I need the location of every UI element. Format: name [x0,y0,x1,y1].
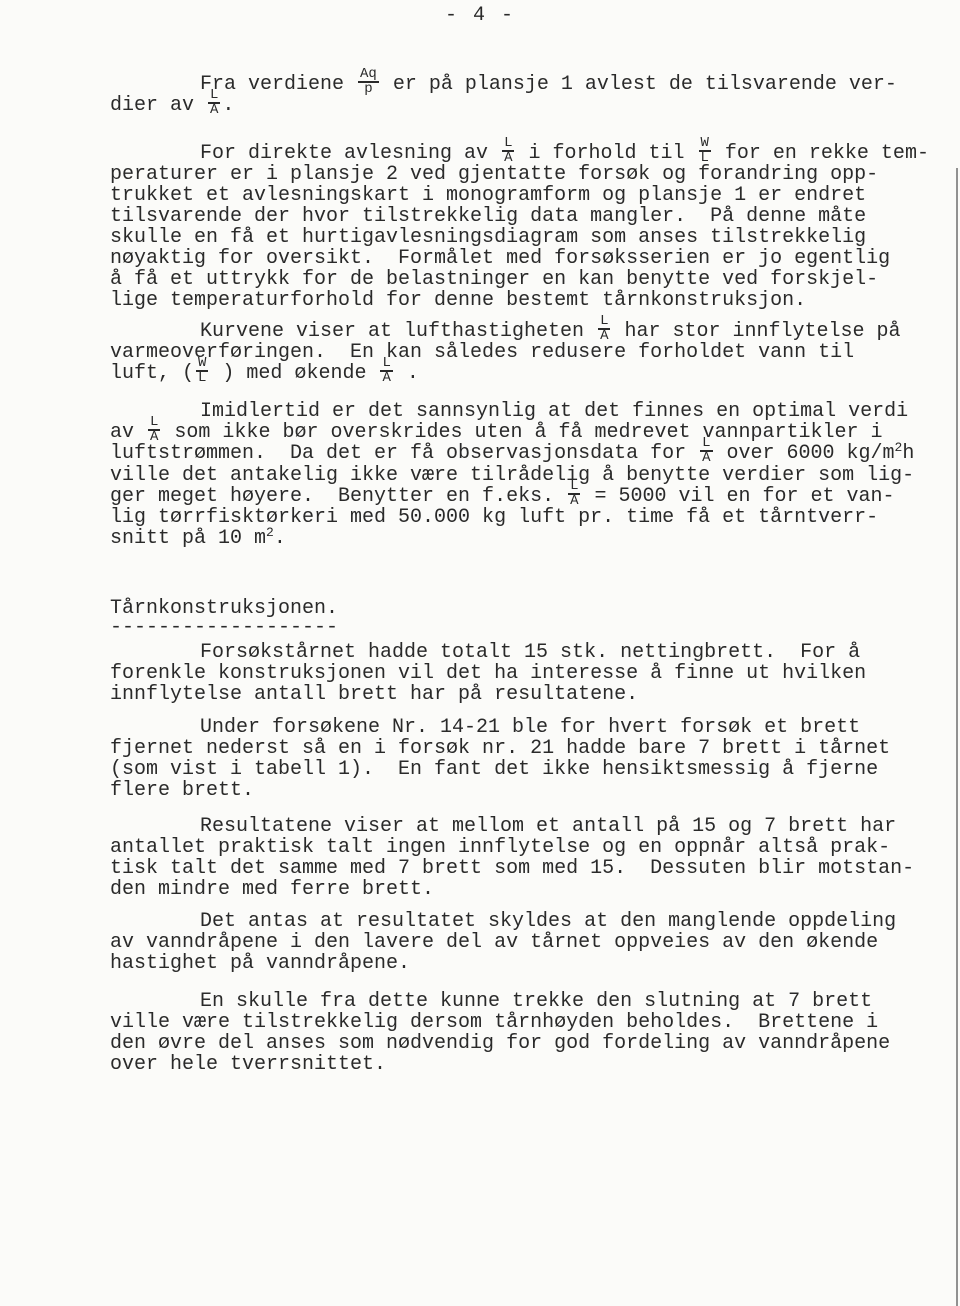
scan-artifact-edge-line [956,168,958,1306]
text-line: luftstrømmen. Da det er få observasjonsd… [110,443,940,465]
section-heading-underline: ------------------- [110,617,338,638]
text-line: En skulle fra dette kunne trekke den slu… [110,991,940,1012]
fraction: LA [380,357,392,377]
text-line: lig tørrfisktørkeri med 50.000 kg luft p… [110,507,940,528]
text-line: tisk talt det samme med 7 brett som med … [110,858,940,879]
text-line: den mindre med ferre brett. [110,879,940,900]
text-line: ger meget høyere. Benytter en f.eks. LA … [110,486,940,507]
text-line: skulle en få et hurtigavlesningsdiagram … [110,227,940,248]
paragraph-intro-values: Fra verdiene Aqp er på plansje 1 avlest … [110,74,940,116]
fraction: LA [568,480,580,500]
text-line: trukket et avlesningskart i monogramform… [110,185,940,206]
text-line: peraturer er i plansje 2 ved gjentatte f… [110,164,940,185]
text-line: hastighet på vanndråpene. [110,953,940,974]
text-line: forenkle konstruksjonen vil det ha inter… [110,663,940,684]
fraction: LA [598,315,610,335]
paragraph-results: Resultatene viser at mellom et antall på… [110,816,940,900]
text-line: dier av LA. [110,95,940,116]
page-number: - 4 - [0,4,960,27]
fraction: WL [699,137,711,157]
fraction: LA [700,437,712,457]
scanned-document-page: - 4 - Fra verdiene Aqp er på plansje 1 a… [0,0,960,1306]
text-line: ville være tilstrekkelig dersom tårnhøyd… [110,1012,940,1033]
text-line: For direkte avlesning av LA i forhold ti… [110,143,940,164]
fraction: WL [196,357,208,377]
text-line: flere brett. [110,780,940,801]
text-line: Fra verdiene Aqp er på plansje 1 avlest … [110,74,940,95]
text-line: ville det antakelig ikke være tilrådelig… [110,465,940,486]
text-line: Det antas at resultatet skyldes at den m… [110,911,940,932]
fraction: LA [148,416,160,436]
paragraph-direct-reading: For direkte avlesning av LA i forhold ti… [110,143,940,311]
paragraph-experiments-14-21: Under forsøkene Nr. 14-21 ble for hvert … [110,717,940,801]
text-line: innflytelse antall brett har på resultat… [110,684,940,705]
text-line: lige temperaturforhold for denne bestemt… [110,290,940,311]
text-line: antallet praktisk talt ingen innflytelse… [110,837,940,858]
superscript: 2 [895,440,903,455]
paragraph-curves: Kurvene viser at lufthastigheten LA har … [110,321,940,384]
text-line: Kurvene viser at lufthastigheten LA har … [110,321,940,342]
paragraph-test-tower: Forsøkstårnet hadde totalt 15 stk. netti… [110,642,940,705]
paragraph-conclusion: En skulle fra dette kunne trekke den slu… [110,991,940,1075]
text-line: luft, (WL ) med økende LA . [110,363,940,384]
text-line: av LA som ikke bør overskrides uten å få… [110,422,940,443]
text-line: den øvre del anses som nødvendig for god… [110,1033,940,1054]
text-line: varmeoverføringen. En kan således reduse… [110,342,940,363]
paragraph-optimal-value: Imidlertid er det sannsynlig at det finn… [110,401,940,550]
fraction: LA [208,89,220,109]
text-line: av vanndråpene i den lavere del av tårne… [110,932,940,953]
superscript: 2 [266,525,274,540]
text-line: Under forsøkene Nr. 14-21 ble for hvert … [110,717,940,738]
paragraph-assumption: Det antas at resultatet skyldes at den m… [110,911,940,974]
text-line: over hele tverrsnittet. [110,1054,940,1075]
text-line: snitt på 10 m2. [110,528,940,550]
text-line: å få et uttrykk for de belastninger en k… [110,269,940,290]
text-line: tilsvarende der hvor tilstrekkelig data … [110,206,940,227]
fraction: Aqp [358,68,379,88]
text-line: nøyaktig for oversikt. Formålet med fors… [110,248,940,269]
text-line: Imidlertid er det sannsynlig at det finn… [110,401,940,422]
text-line: Forsøkstårnet hadde totalt 15 stk. netti… [110,642,940,663]
fraction: LA [502,137,514,157]
text-line: fjernet nederst så en i forsøk nr. 21 ha… [110,738,940,759]
text-line: (som vist i tabell 1). En fant det ikke … [110,759,940,780]
text-line: Resultatene viser at mellom et antall på… [110,816,940,837]
